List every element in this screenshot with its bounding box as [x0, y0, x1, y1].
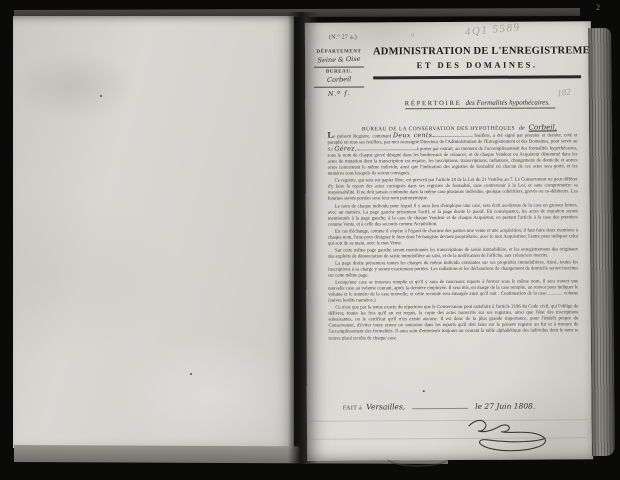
- paper-speck: [100, 95, 102, 97]
- fait-label: FAIT à: [343, 405, 362, 411]
- margin-column: DÉPARTEMENT Seine & Oise BUREAU. Corbeil…: [309, 49, 369, 97]
- book-fore-edge: [588, 28, 615, 456]
- body-text: Le présent Registre, contenant Deux cent…: [327, 131, 578, 343]
- p1-start: Le présent Registre, contenant: [327, 134, 391, 139]
- paragraph-6: La page droite présentera toutes les cha…: [328, 260, 578, 279]
- corner-mark: 2: [596, 3, 600, 12]
- pencil-number: 182: [557, 86, 572, 98]
- title-line-2: ET DES DOMAINES.: [373, 59, 581, 70]
- repertoire-subtitle: des Formalités hypothécaires.: [466, 98, 550, 106]
- book-photograph: (N.º 27 a.) q 4Q1 5589 DÉPARTEMENT Seine…: [0, 0, 620, 480]
- form-number: (N.º 27 a.): [329, 34, 357, 40]
- department-value-handwritten: Seine & Oise: [309, 54, 369, 64]
- office-value-handwritten: Corbeil.: [529, 123, 557, 131]
- stain-arc: [384, 444, 452, 467]
- archival-cote-pencil: 4Q1 5589: [464, 21, 521, 38]
- paper-speck: [423, 390, 425, 392]
- margin-rule: [314, 86, 364, 87]
- main-title: ADMINISTRATION DE L'ENREGISTREMENT: [373, 45, 581, 57]
- fait-ruled-blank: [412, 404, 468, 409]
- p1-end: à porter par extrait, au moment de l'acc…: [328, 146, 578, 176]
- title-rule: [373, 75, 581, 79]
- handwritten-servir: Gérez,: [334, 146, 357, 153]
- dotted-filler: [357, 146, 415, 150]
- title-block: ADMINISTRATION DE L'ENREGISTREMENT ET DE…: [373, 45, 581, 79]
- paragraph-7: Lorsqu'une case se trouvera remplie et q…: [328, 279, 578, 304]
- paragraph-1: Le présent Registre, contenant Deux cent…: [327, 131, 577, 178]
- fait-place-handwritten: Versailles,: [366, 402, 405, 411]
- paragraph-8: Ce n'est que par la tenue exacte du répe…: [328, 305, 578, 343]
- printed-form-page: (N.º 27 a.) q 4Q1 5589 DÉPARTEMENT Seine…: [305, 21, 593, 460]
- margin-scribble-handwritten: N.º f.: [309, 88, 369, 98]
- signature-flourish: [455, 411, 555, 458]
- fait-date-handwritten: le 27 Juin 1808.: [475, 402, 535, 411]
- paragraph-4: En cas d'échange, comme il s'opère à l'é…: [328, 228, 578, 247]
- paragraph-2: Ce registre, qui sera sur papier libre, …: [328, 178, 578, 203]
- margin-rule: [314, 66, 364, 67]
- paper-speck: [190, 373, 192, 375]
- blank-left-page: [13, 16, 294, 448]
- dotted-filler: [432, 133, 472, 137]
- bureau-value-handwritten: Corbeil: [309, 74, 369, 84]
- repertoire-word: RÉPERTOIRE: [405, 100, 462, 107]
- pencil-mark: q: [410, 30, 415, 38]
- paragraph-5: Sur cette même page gauche seront mentio…: [328, 247, 578, 260]
- handwritten-feuillets: Deux cents: [393, 132, 432, 139]
- paragraph-3: Le nom de chaque individu pour lequel il…: [328, 203, 578, 228]
